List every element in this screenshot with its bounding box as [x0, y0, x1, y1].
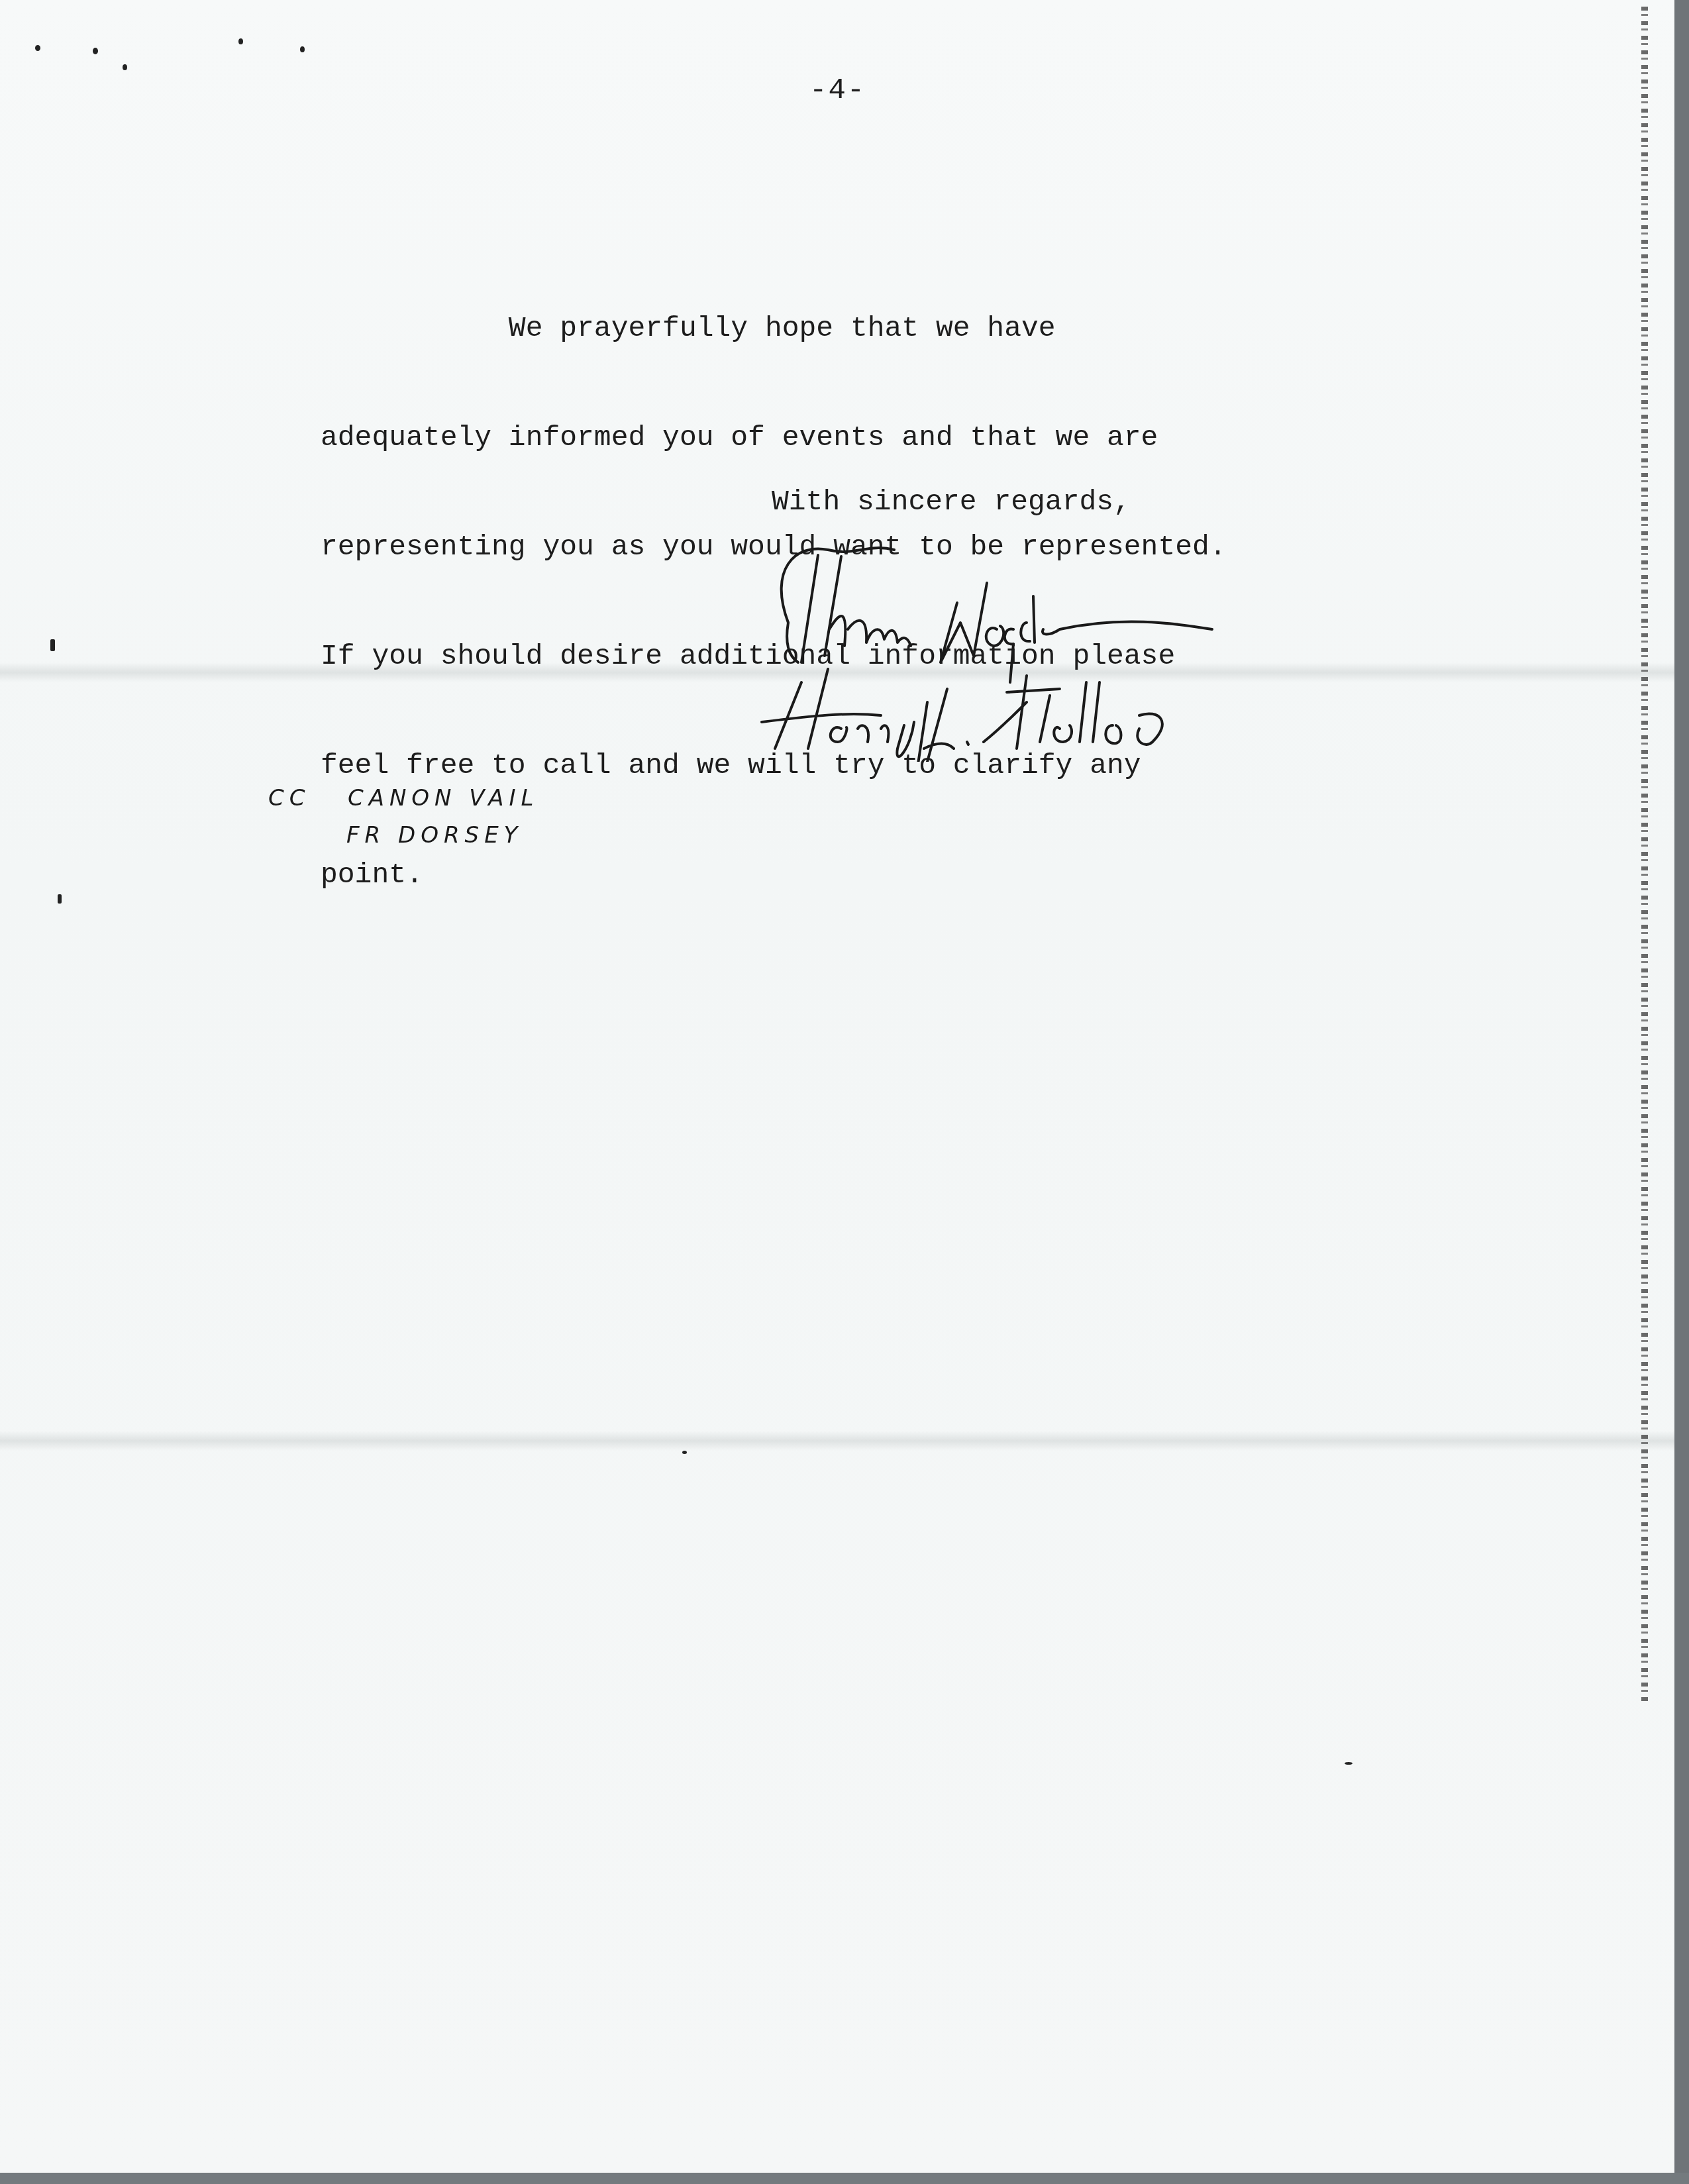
scan-speck — [58, 894, 62, 904]
body-line: point. — [321, 857, 1227, 893]
closing-salutation: With sincere regards, — [772, 486, 1131, 518]
signature-block: Thomas Wagner Harry J. Stratton — [748, 530, 1331, 762]
scan-speck — [123, 64, 127, 70]
page-number: -4- — [809, 74, 866, 107]
scan-speck — [93, 48, 98, 54]
photocopy-edge-artifact — [1641, 7, 1648, 1702]
scan-border-bottom — [0, 2173, 1689, 2184]
body-line: adequately informed you of events and th… — [321, 419, 1227, 456]
scan-border-right — [1674, 0, 1689, 2184]
scan-speck — [238, 38, 243, 44]
cc-row: CC CANON VAIL — [268, 785, 539, 822]
body-line: We prayerfully hope that we have — [321, 310, 1227, 346]
cc-recipient: FR DORSEY — [346, 822, 523, 849]
scan-speck — [35, 45, 40, 51]
handwritten-signatures-graphic — [748, 530, 1331, 762]
cc-row: FR DORSEY — [268, 822, 539, 859]
scan-speck — [300, 46, 305, 52]
scan-speck — [682, 1451, 687, 1454]
scan-speck — [1345, 1762, 1353, 1765]
cc-recipient: CANON VAIL — [348, 785, 539, 811]
paper-fold-line — [0, 1431, 1676, 1451]
scan-speck — [50, 639, 55, 651]
cc-label: CC — [268, 785, 310, 811]
scanned-page: -4- We prayerfully hope that we have ade… — [0, 0, 1676, 2173]
carbon-copy-notation: CC CANON VAIL FR DORSEY — [268, 785, 539, 859]
